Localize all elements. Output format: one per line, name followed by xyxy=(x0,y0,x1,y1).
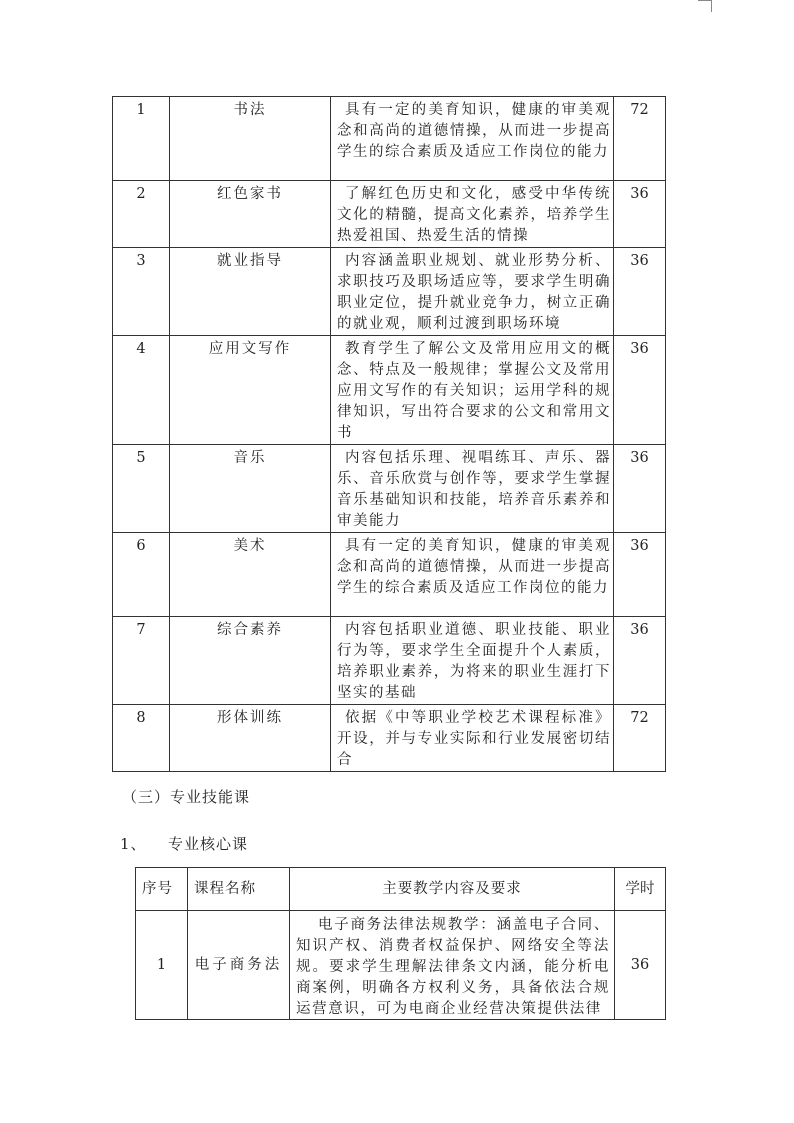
course-description: 了解红色历史和文化，感受中华传统文化的精髓，提高文化素养，培养学生热爱祖国、热爱… xyxy=(331,181,614,248)
course-name: 形体训练 xyxy=(170,705,331,772)
course-name: 就业指导 xyxy=(170,248,331,336)
course-hours: 36 xyxy=(614,445,666,533)
header-hours: 学时 xyxy=(615,868,666,911)
course-number: 4 xyxy=(113,336,170,445)
course-hours: 36 xyxy=(614,336,666,445)
table-row: 4 应用文写作 教育学生了解公文及常用应用文的概念、特点及一般规律；掌握公文及常… xyxy=(113,336,666,445)
course-number: 7 xyxy=(113,617,170,705)
course-hours: 36 xyxy=(615,911,666,1020)
course-description: 具有一定的美育知识，健康的审美观念和高尚的道德情操，从而进一步提高学生的综合素质… xyxy=(331,533,614,617)
core-courses-table: 序号 课程名称 主要教学内容及要求 学时 1 电子商务法 电子商务法律法规教学：… xyxy=(135,867,666,1020)
course-name: 应用文写作 xyxy=(170,336,331,445)
course-hours: 36 xyxy=(614,181,666,248)
table-row: 1 书法 具有一定的美育知识，健康的审美观念和高尚的道德情操，从而进一步提高学生… xyxy=(113,97,666,181)
course-number: 2 xyxy=(113,181,170,248)
table-row: 7 综合素养 内容包括职业道德、职业技能、职业行为等，要求学生全面提升个人素质，… xyxy=(113,617,666,705)
course-description: 内容包括职业道德、职业技能、职业行为等，要求学生全面提升个人素质，培养职业素养，… xyxy=(331,617,614,705)
course-hours: 36 xyxy=(614,248,666,336)
course-number: 1 xyxy=(136,911,188,1020)
course-description: 内容包括乐理、视唱练耳、声乐、器乐、音乐欣赏与创作等，要求学生掌握音乐基础知识和… xyxy=(331,445,614,533)
course-number: 1 xyxy=(113,97,170,181)
course-number: 6 xyxy=(113,533,170,617)
course-name: 电子商务法 xyxy=(188,911,290,1020)
general-courses-table: 1 书法 具有一定的美育知识，健康的审美观念和高尚的道德情操，从而进一步提高学生… xyxy=(112,96,666,772)
table-row: 5 音乐 内容包括乐理、视唱练耳、声乐、器乐、音乐欣赏与创作等，要求学生掌握音乐… xyxy=(113,445,666,533)
table-row: 8 形体训练 依据《中等职业学校艺术课程标准》开设，并与专业实际和行业发展密切结… xyxy=(113,705,666,772)
course-hours: 72 xyxy=(614,705,666,772)
header-description: 主要教学内容及要求 xyxy=(290,868,615,911)
course-description: 电子商务法律法规教学：涵盖电子合同、知识产权、消费者权益保护、网络安全等法规。要… xyxy=(290,911,615,1020)
course-hours: 36 xyxy=(614,533,666,617)
table-header-row: 序号 课程名称 主要教学内容及要求 学时 xyxy=(136,868,666,911)
course-name: 综合素养 xyxy=(170,617,331,705)
table-row: 3 就业指导 内容涵盖职业规划、就业形势分析、求职技巧及职场适应等，要求学生明确… xyxy=(113,248,666,336)
header-number: 序号 xyxy=(136,868,188,911)
course-number: 5 xyxy=(113,445,170,533)
course-hours: 72 xyxy=(614,97,666,181)
header-course-name: 课程名称 xyxy=(188,868,290,911)
course-name: 音乐 xyxy=(170,445,331,533)
course-description-text: 电子商务法律法规教学：涵盖电子合同、知识产权、消费者权益保护、网络安全等法规。要… xyxy=(296,915,610,1019)
table-row: 2 红色家书 了解红色历史和文化，感受中华传统文化的精髓，提高文化素养，培养学生… xyxy=(113,181,666,248)
course-hours: 36 xyxy=(614,617,666,705)
subsection-number: 1、 xyxy=(120,833,147,854)
course-description: 教育学生了解公文及常用应用文的概念、特点及一般规律；掌握公文及常用应用文写作的有… xyxy=(331,336,614,445)
subsection-title: 专业核心课 xyxy=(168,833,248,854)
course-description: 具有一定的美育知识，健康的审美观念和高尚的道德情操，从而进一步提高学生的综合素质… xyxy=(331,97,614,181)
course-description: 依据《中等职业学校艺术课程标准》开设，并与专业实际和行业发展密切结合 xyxy=(331,705,614,772)
course-name: 书法 xyxy=(170,97,331,181)
course-number: 3 xyxy=(113,248,170,336)
course-name: 美术 xyxy=(170,533,331,617)
table-row: 6 美术 具有一定的美育知识，健康的审美观念和高尚的道德情操，从而进一步提高学生… xyxy=(113,533,666,617)
course-number: 8 xyxy=(113,705,170,772)
course-description: 内容涵盖职业规划、就业形势分析、求职技巧及职场适应等，要求学生明确职业定位，提升… xyxy=(331,248,614,336)
table-row: 1 电子商务法 电子商务法律法规教学：涵盖电子合同、知识产权、消费者权益保护、网… xyxy=(136,911,666,1020)
page-corner-crop-mark xyxy=(711,0,712,12)
course-name: 红色家书 xyxy=(170,181,331,248)
section-heading: （三）专业技能课 xyxy=(122,786,250,807)
